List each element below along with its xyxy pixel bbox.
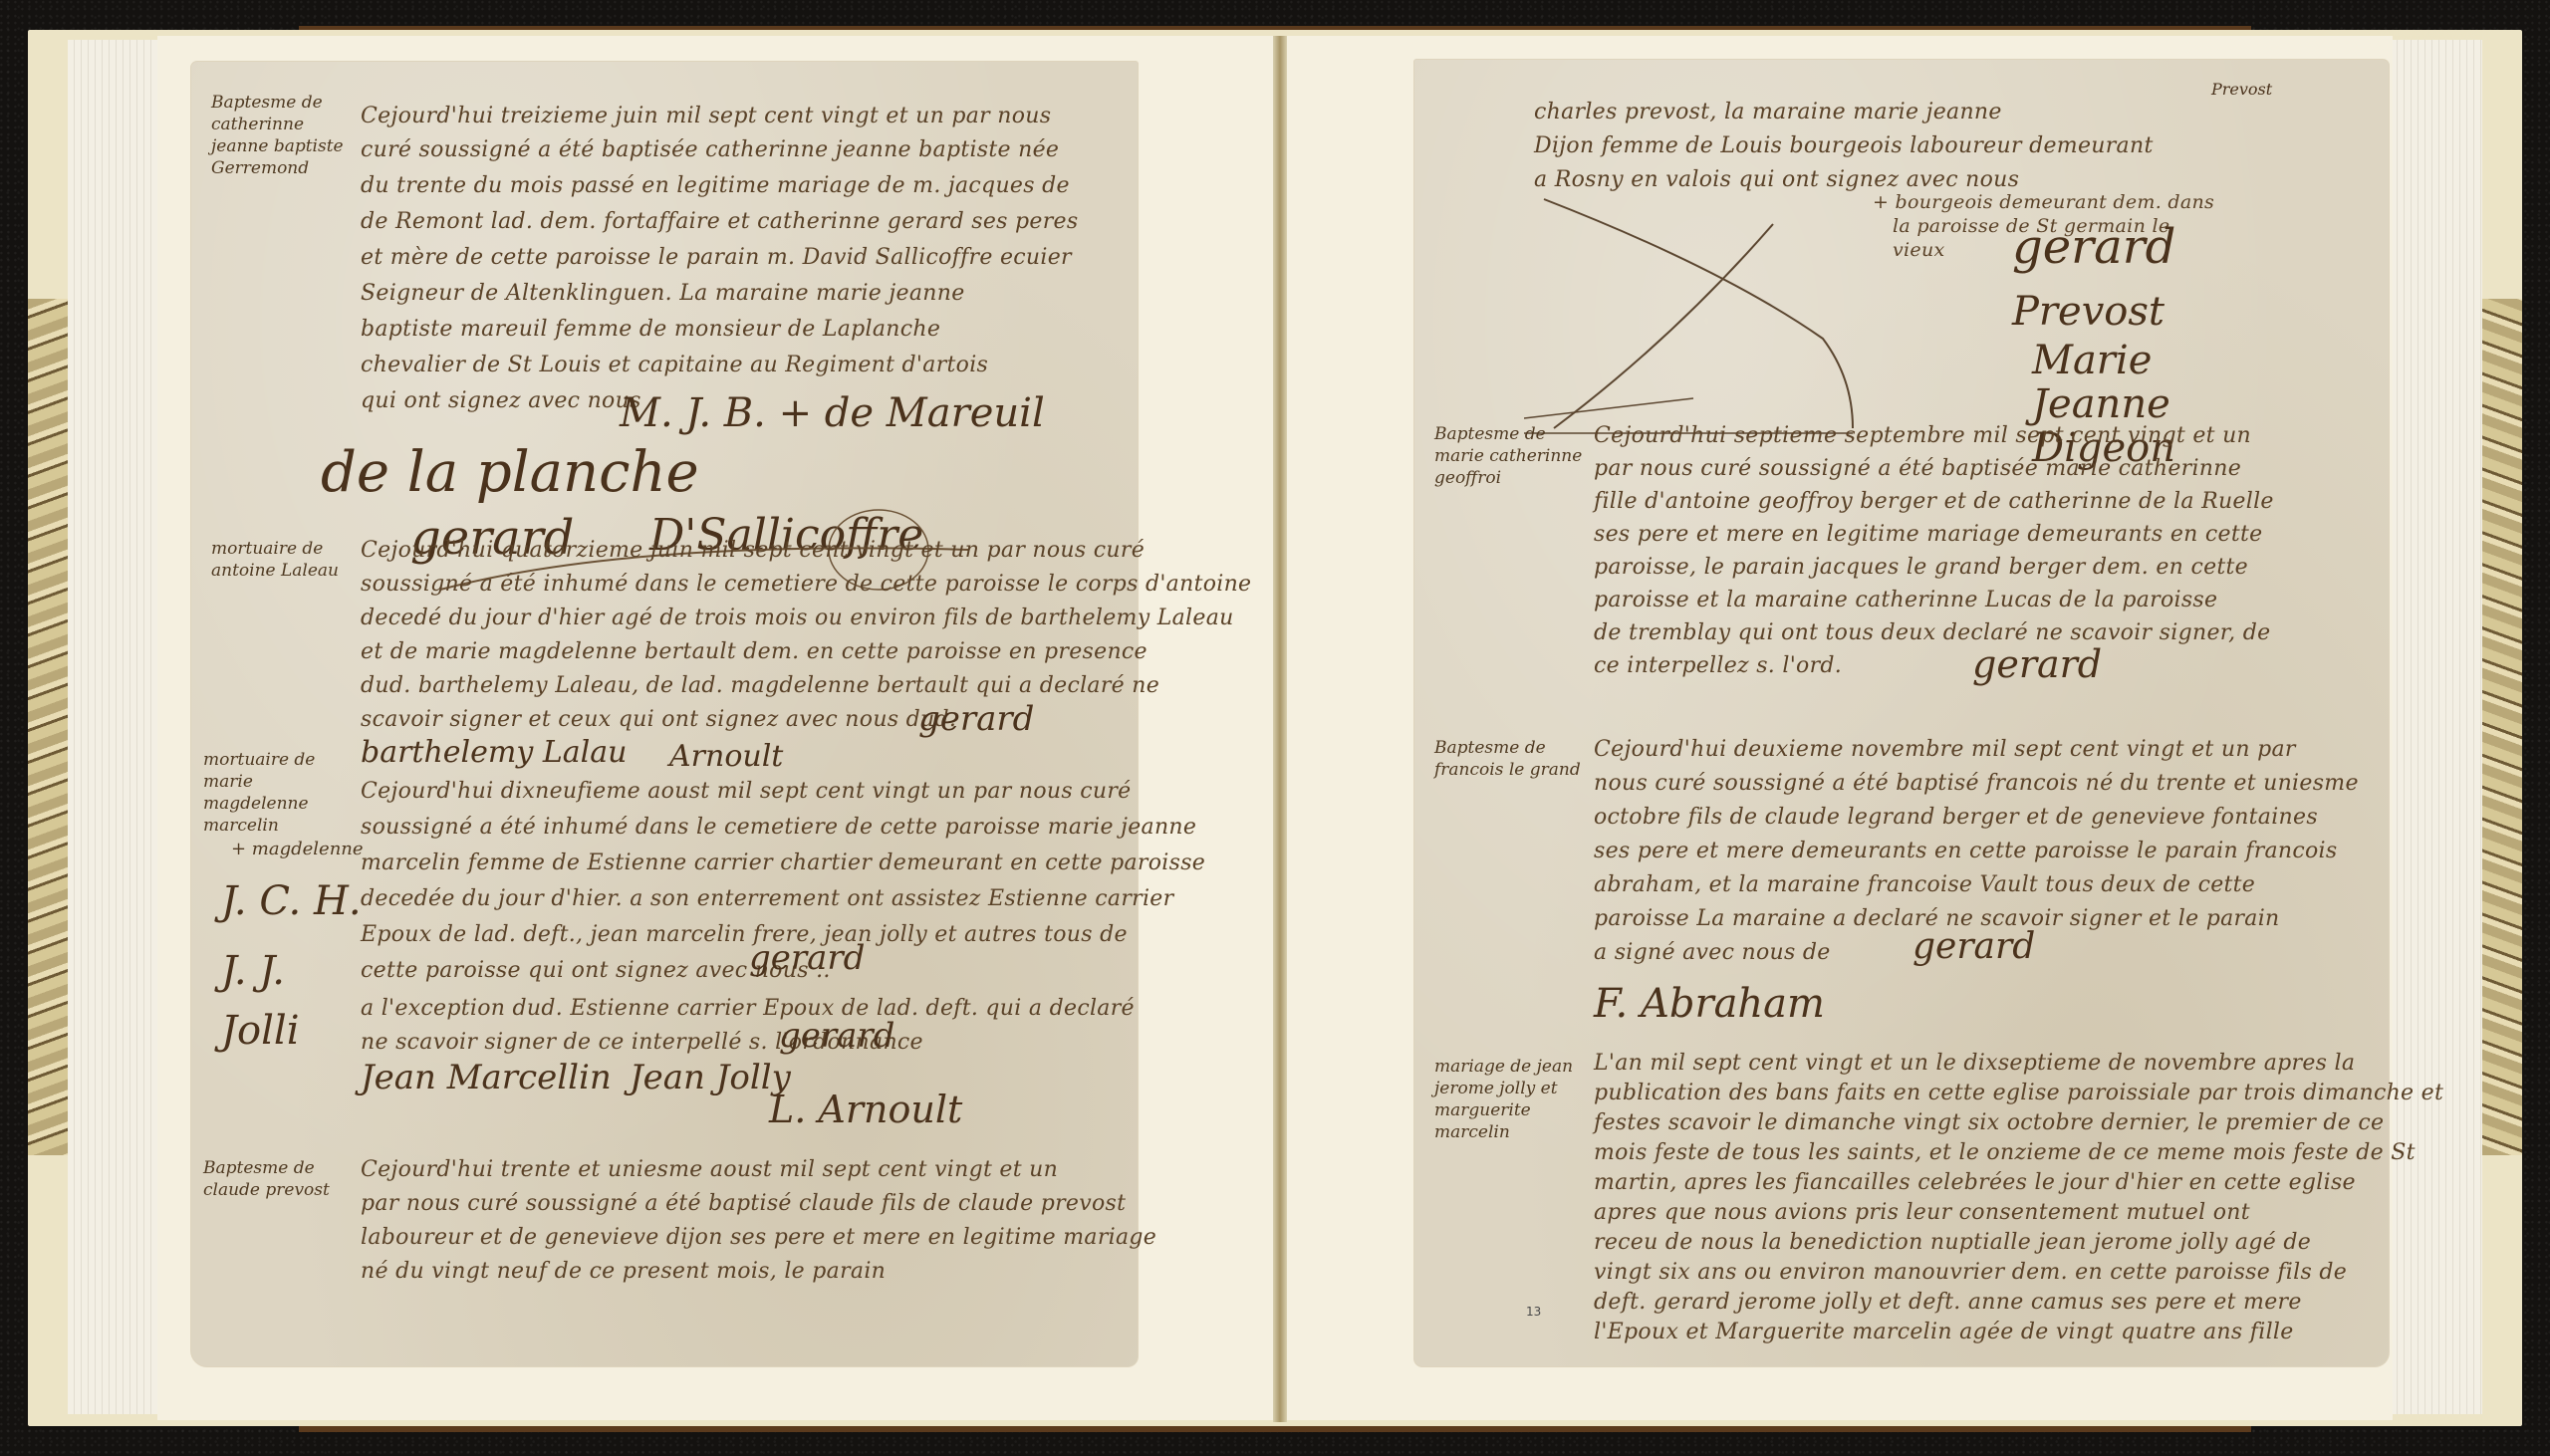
signature: Prevost [2012,289,2165,335]
signature: Jean Jolly [630,1058,791,1097]
text-line: soussigné a été inhumé dans le cemetiere… [361,572,1251,597]
text-line: chevalier de St Louis et capitaine au Re… [361,353,988,377]
marbled-endpaper-right [2482,299,2522,1155]
signature: Prevost [2211,80,2272,99]
text-line: ce interpellez s. l'ord. [1594,653,1842,678]
text-line: vingt six ans ou environ manouvrier dem.… [1594,1260,2347,1285]
text-line: publication des bans faits en cette egli… [1594,1081,2443,1105]
book-gutter [1273,36,1287,1422]
text-line: paroisse, le parain jacques le grand ber… [1594,555,2248,580]
signature: Jean Marcellin [361,1058,612,1097]
text-line: octobre fils de claude legrand berger et… [1594,805,2318,830]
signature: Arnoult [669,739,783,774]
text-line: soussigné a été inhumé dans le cemetiere… [361,815,1196,840]
margin-note: mortuaire de antoine Laleau [211,538,361,582]
margin-note: Baptesme de claude prevost [203,1157,353,1201]
text-line: l'Epoux et Marguerite marcelin agée de v… [1594,1320,2294,1344]
text-line: par nous curé soussigné a été baptisé cl… [361,1191,1126,1216]
margin-signature: Jolli [221,1008,300,1054]
text-line: Cejourd'hui septieme septembre mil sept … [1594,423,2251,448]
signature: gerard [1912,926,2035,967]
text-line: du trente du mois passé en legitime mari… [361,173,1070,198]
margin-note: Baptesme de marie catherinne geoffroi [1434,423,1584,489]
text-line: decedé du jour d'hier agé de trois mois … [361,606,1234,630]
text-line: de Remont lad. dem. fortaffaire et cathe… [361,209,1078,234]
text-line: baptiste mareuil femme de monsieur de La… [361,317,940,342]
text-line: L'an mil sept cent vingt et un le dixsep… [1594,1051,2355,1076]
manuscript-leaf-left: Baptesme de catherinne jeanne baptiste G… [191,62,1138,1366]
signature: gerard [749,938,865,978]
text-line: fille d'antoine geoffroy berger et de ca… [1594,489,2274,514]
text-line: a signé avec nous de [1594,940,1831,965]
margin-note: mortuaire de marie magdelenne marcelin [203,749,353,837]
pen-sketch-lines [1524,189,2002,438]
margin-signature: J. J. [221,948,285,994]
text-line: a l'exception dud. Estienne carrier Epou… [361,996,1135,1021]
text-line: festes scavoir le dimanche vingt six oct… [1594,1110,2384,1135]
text-line: Cejourd'hui quatorzieme juin mil sept ce… [361,538,1145,563]
signature: M. J. B. + de Mareuil [620,390,1045,436]
text-line: Dijon femme de Louis bourgeois laboureur… [1534,133,2154,158]
text-line: martin, apres les fiancailles celebrées … [1594,1170,2356,1195]
signature: gerard [2012,219,2175,275]
manuscript-leaf-right: charles prevost, la maraine marie jeanne… [1414,60,2389,1366]
signature: gerard [1972,642,2102,686]
text-line: paroisse et la maraine catherinne Lucas … [1594,588,2217,612]
page-stack-right [2391,40,2482,1414]
text-line: deft. gerard jerome jolly et deft. anne … [1594,1290,2302,1315]
signature: Marie Jeanne Digeon [2032,339,2251,470]
text-line: Epoux de lad. deft., jean marcelin frere… [361,922,1128,947]
text-line: receu de nous la benediction nuptialle j… [1594,1230,2311,1255]
text-line: de tremblay qui ont tous deux declaré ne… [1594,620,2270,645]
text-line: né du vingt neuf de ce present mois, le … [361,1259,886,1284]
margin-note: mariage de jean jerome jolly et margueri… [1434,1056,1584,1143]
text-line: laboureur et de genevieve dijon ses pere… [361,1225,1156,1250]
text-line: Seigneur de Altenklinguen. La maraine ma… [361,281,965,306]
text-line: et de marie magdelenne bertault dem. en … [361,639,1147,664]
text-line: et mère de cette paroisse le parain m. D… [361,245,1072,270]
margin-note: Baptesme de catherinne jeanne baptiste G… [211,92,361,179]
text-line: curé soussigné a été baptisée catherinne… [361,137,1059,162]
signature: F. Abraham [1594,981,1825,1027]
text-line: Cejourd'hui deuxieme novembre mil sept c… [1594,737,2296,762]
signature: barthelemy Lalau [361,735,627,770]
text-line: charles prevost, la maraine marie jeanne [1534,100,2002,124]
text-line: Cejourd'hui trente et uniesme aoust mil … [361,1157,1058,1182]
signature: gerard [779,1016,894,1056]
margin-signature: + magdelenne [231,839,381,860]
signature: L. Arnoult [769,1088,962,1131]
text-line: scavoir signer et ceux qui ont signez av… [361,707,956,732]
signature: gerard [918,699,1034,739]
text-line: abraham, et la maraine francoise Vault t… [1594,872,2255,897]
text-line: Cejourd'hui dixneufieme aoust mil sept c… [361,779,1132,804]
text-line: Cejourd'hui treizieme juin mil sept cent… [361,104,1051,128]
text-line: dud. barthelemy Laleau, de lad. magdelen… [361,673,1159,698]
text-line: nous curé soussigné a été baptisé franco… [1594,771,2359,796]
text-line: ses pere et mere demeurants en cette par… [1594,839,2338,863]
marbled-endpaper-left [28,299,68,1155]
page-number: 13 [1526,1305,1541,1319]
margin-signature: J. C. H. [221,878,362,924]
page-stack-left [68,40,159,1414]
text-line: marcelin femme de Estienne carrier chart… [361,850,1205,875]
text-line: qui ont signez avec nous [361,388,641,413]
text-line: ses pere et mere en legitime mariage dem… [1594,522,2262,547]
text-line: mois feste de tous les saints, et le onz… [1594,1140,2416,1165]
margin-note: Baptesme de francois le grand [1434,737,1584,781]
text-line: par nous curé soussigné a été baptisée m… [1594,456,2241,481]
text-line: apres que nous avions pris leur consente… [1594,1200,2250,1225]
text-line: decedée du jour d'hier. a son enterremen… [361,886,1173,911]
